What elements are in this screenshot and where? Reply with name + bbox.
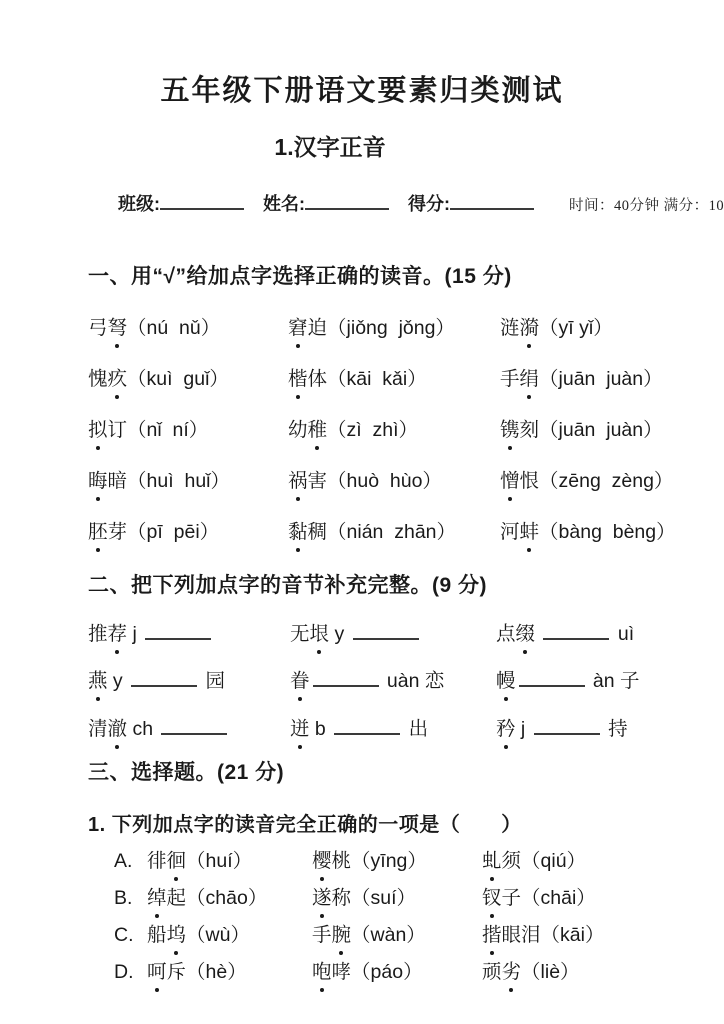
pinyin-word: 咆哮（páo） [312, 959, 482, 985]
dotted-char: 揩 [482, 922, 502, 948]
pinyin-word: 迸 b 出 [290, 715, 496, 742]
word-row: 燕 y 园眷 uàn 恋幔 àn 子 [88, 668, 700, 695]
char: 桃 [332, 848, 352, 874]
char: 体 [308, 366, 328, 392]
option-letter-c: C. [114, 922, 147, 948]
student-info-line: 班级: 姓名: 得分: 时间：40分钟 满分：100分 [0, 190, 724, 216]
char: 河 [500, 519, 520, 545]
char: （kuì guǐ） [127, 366, 229, 392]
char: 刻 [520, 417, 540, 443]
char: B. [114, 885, 132, 911]
char: （wàn） [351, 922, 426, 948]
pinyin-word: 河蚌（bàng bèng） [500, 519, 676, 545]
pinyin-word: 愧疚（kuì guǐ） [88, 366, 288, 392]
word-row: 推荐 j 无垠 y 点缀 uì [88, 620, 700, 647]
word-row: D.呵斥（hè）咆哮（páo）顽劣（liè） [114, 959, 700, 985]
answer-blank[interactable] [131, 668, 197, 688]
answer-blank[interactable] [161, 715, 227, 735]
dotted-char: 漪 [520, 315, 540, 341]
score-input-blank[interactable] [450, 192, 534, 210]
char: 船 [147, 922, 167, 948]
char: y [329, 621, 350, 647]
char: （jiǒng jǒng） [327, 315, 455, 341]
pinyin-word: 手绢（juān juàn） [500, 366, 663, 392]
char: （chāi） [521, 885, 596, 911]
char: uì [612, 621, 634, 647]
dotted-char: 腕 [332, 922, 352, 948]
char: （pī pēi） [127, 519, 219, 545]
pinyin-word: 虬须（qiú） [482, 848, 586, 874]
char: （qiú） [521, 848, 586, 874]
char: 推 [88, 621, 108, 647]
dotted-char: 迸 [290, 716, 310, 742]
dotted-char: 蚌 [520, 519, 540, 545]
option-letter-b: B. [114, 885, 147, 911]
char: （suí） [351, 885, 416, 911]
pinyin-word: 弓弩（nú nǔ） [88, 315, 288, 341]
char: 害 [308, 468, 328, 494]
section-one-heading: 一、用“√”给加点字选择正确的读音。(15 分) [88, 260, 700, 290]
answer-blank[interactable] [519, 668, 585, 688]
dotted-char: 坞 [167, 922, 187, 948]
section-one-word-grid: 弓弩（nú nǔ）窘迫（jiǒng jǒng）涟漪（yī yǐ）愧疚（kuì g… [88, 315, 700, 545]
pinyin-word: 无垠 y [290, 620, 496, 647]
char: （hè） [186, 959, 247, 985]
section-two-word-grid: 推荐 j 无垠 y 点缀 uì燕 y 园眷 uàn 恋幔 àn 子清澈 ch 迸… [88, 620, 700, 742]
option-letter-d: D. [114, 959, 147, 985]
dotted-char: 黏 [288, 519, 308, 545]
score-field: 得分: [408, 194, 534, 214]
char: 清 [88, 716, 108, 742]
dotted-char: 拟 [88, 417, 108, 443]
word-row: 晦暗（huì huǐ）祸害（huò hùo）憎恨（zēng zèng） [88, 468, 700, 494]
dotted-char: 稚 [308, 417, 328, 443]
section-one: 一、用“√”给加点字选择正确的读音。(15 分) 弓弩（nú nǔ）窘迫（jiǒ… [0, 260, 724, 545]
char: （huò hùo） [327, 468, 442, 494]
answer-blank[interactable] [334, 715, 400, 735]
word-row: 愧疚（kuì guǐ）楷体（kāi kǎi）手绢（juān juàn） [88, 366, 700, 392]
page-title: 五年级下册语文要素归类测试 [0, 0, 724, 109]
char: y [108, 668, 129, 694]
pinyin-word: 幔 àn 子 [496, 668, 640, 695]
char: 订 [108, 417, 128, 443]
char: àn 子 [588, 668, 640, 694]
pinyin-word: 晦暗（huì huǐ） [88, 468, 288, 494]
answer-blank[interactable] [534, 715, 600, 735]
char [535, 621, 540, 647]
pinyin-word: 胚芽（pī pēi） [88, 519, 288, 545]
char: uàn 恋 [382, 668, 445, 694]
pinyin-word: 眷 uàn 恋 [290, 668, 496, 695]
pinyin-word: 顽劣（liè） [482, 959, 580, 985]
dotted-char: 咆 [312, 959, 332, 985]
dotted-char: 澈 [108, 716, 128, 742]
char: 须 [502, 848, 522, 874]
char: C. [114, 922, 134, 948]
char: 芽 [108, 519, 128, 545]
class-input-blank[interactable] [160, 192, 244, 210]
dotted-char: 憎 [500, 468, 520, 494]
answer-blank[interactable] [543, 620, 609, 640]
pinyin-word: 清澈 ch [88, 715, 290, 742]
class-field: 班级: [118, 194, 244, 214]
char: 涟 [500, 315, 520, 341]
pinyin-word: 拟订（nǐ ní） [88, 417, 288, 443]
dotted-char: 眷 [290, 668, 310, 694]
section-three-heading: 三、选择题。(21 分) [88, 756, 700, 786]
dotted-char: 劣 [502, 959, 522, 985]
char: （nián zhān） [327, 519, 456, 545]
pinyin-word: 呵斥（hè） [147, 959, 312, 985]
dotted-char: 镌 [500, 417, 520, 443]
word-row: 胚芽（pī pēi）黏稠（nián zhān）河蚌（bàng bèng） [88, 519, 700, 545]
char: （huì huǐ） [127, 468, 230, 494]
char: 迫 [308, 315, 328, 341]
char: j [516, 716, 531, 742]
char: 徘 [147, 848, 167, 874]
char: ch [127, 716, 158, 742]
pinyin-word: 推荐 j [88, 620, 290, 647]
pinyin-word: 手腕（wàn） [312, 922, 482, 948]
char: （bàng bèng） [539, 519, 676, 545]
pinyin-word: 点缀 uì [496, 620, 634, 647]
pinyin-word: 樱桃（yīng） [312, 848, 482, 874]
char: （wù） [186, 922, 250, 948]
page-subtitle: 1.汉字正音 [0, 129, 660, 162]
dotted-char: 钗 [482, 885, 502, 911]
dotted-char: 燕 [88, 668, 108, 694]
pinyin-word: 镌刻（juān juàn） [500, 417, 663, 443]
pinyin-word: 黏稠（nián zhān） [288, 519, 500, 545]
class-label: 班级: [118, 194, 160, 214]
test-paper-page: 五年级下册语文要素归类测试 1.汉字正音 班级: 姓名: 得分: 时间：40分钟… [0, 0, 724, 1024]
char: 斥 [167, 959, 187, 985]
pinyin-word: 矜 j 持 [496, 715, 628, 742]
char: b [310, 716, 332, 742]
char: 顽 [482, 959, 502, 985]
word-row: C.船坞（wù）手腕（wàn）揩眼泪（kāi） [114, 922, 700, 948]
char: 起 [167, 885, 187, 911]
char: 无 [290, 621, 310, 647]
dotted-char: 呵 [147, 959, 167, 985]
dotted-char: 矜 [496, 716, 516, 742]
word-row: 清澈 ch 迸 b 出矜 j 持 [88, 715, 700, 742]
word-row: 拟订（nǐ ní）幼稚（zì zhì）镌刻（juān juàn） [88, 417, 700, 443]
dotted-char: 疚 [108, 366, 128, 392]
char: （yīng） [351, 848, 427, 874]
dotted-char: 绢 [520, 366, 540, 392]
char: 弓 [88, 315, 108, 341]
char: 手 [500, 366, 520, 392]
char: 哮 [332, 959, 352, 985]
pinyin-word: 遂称（suí） [312, 885, 482, 911]
dotted-char: 徊 [167, 848, 187, 874]
char: j [127, 621, 142, 647]
answer-blank[interactable] [145, 620, 211, 640]
char: （páo） [351, 959, 423, 985]
name-field: 姓名: [263, 194, 389, 214]
pinyin-word: 徘徊（huí） [147, 848, 312, 874]
char: （juān juàn） [539, 417, 663, 443]
dotted-char: 绰 [147, 885, 167, 911]
pinyin-word: 船坞（wù） [147, 922, 312, 948]
char: 恨 [520, 468, 540, 494]
char: （zì zhì） [327, 417, 418, 443]
char: 稠 [308, 519, 328, 545]
pinyin-word: 楷体（kāi kǎi） [288, 366, 500, 392]
char: 愧 [88, 366, 108, 392]
pinyin-word: 钗子（chāi） [482, 885, 596, 911]
dotted-char: 荐 [108, 621, 128, 647]
pinyin-word: 憎恨（zēng zèng） [500, 468, 673, 494]
char: （liè） [521, 959, 580, 985]
word-row: B.绰起（chāo）遂称（suí）钗子（chāi） [114, 885, 700, 911]
char: （zēng zèng） [539, 468, 673, 494]
char: （chāo） [186, 885, 267, 911]
dotted-char: 遂 [312, 885, 332, 911]
char: 出 [403, 716, 428, 742]
char: 暗 [108, 468, 128, 494]
dotted-char: 弩 [108, 315, 128, 341]
char: 手 [312, 922, 332, 948]
char: 幼 [288, 417, 308, 443]
char: D. [114, 959, 134, 985]
char: （huí） [186, 848, 252, 874]
char: 持 [603, 716, 628, 742]
dotted-char: 晦 [88, 468, 108, 494]
pinyin-word: 绰起（chāo） [147, 885, 312, 911]
question-1: 1. 下列加点字的读音完全正确的一项是（ ） [88, 808, 700, 837]
char: 园 [200, 668, 225, 694]
pinyin-word: 揩眼泪（kāi） [482, 922, 604, 948]
section-two: 二、把下列加点字的音节补充完整。(9 分) 推荐 j 无垠 y 点缀 uì燕 y… [0, 569, 724, 742]
name-input-blank[interactable] [305, 192, 389, 210]
dotted-char: 虬 [482, 848, 502, 874]
char: 称 [332, 885, 352, 911]
char: （kāi） [541, 922, 605, 948]
name-label: 姓名: [263, 194, 305, 214]
char: （nǐ ní） [127, 417, 208, 443]
dotted-char: 楷 [288, 366, 308, 392]
score-label: 得分: [408, 194, 450, 214]
dotted-char: 幔 [496, 668, 516, 694]
pinyin-word: 燕 y 园 [88, 668, 290, 695]
dotted-char: 窘 [288, 315, 308, 341]
dotted-char: 缀 [516, 621, 536, 647]
answer-blank[interactable] [313, 668, 379, 688]
char: （kāi kǎi） [327, 366, 427, 392]
section-two-heading: 二、把下列加点字的音节补充完整。(9 分) [88, 569, 700, 599]
answer-blank[interactable] [353, 620, 419, 640]
word-row: A.徘徊（huí）樱桃（yīng）虬须（qiú） [114, 848, 700, 874]
pinyin-word: 窘迫（jiǒng jǒng） [288, 315, 500, 341]
pinyin-word: 祸害（huò hùo） [288, 468, 500, 494]
pinyin-word: 幼稚（zì zhì） [288, 417, 500, 443]
dotted-char: 垠 [310, 621, 330, 647]
dotted-char: 祸 [288, 468, 308, 494]
option-letter-a: A. [114, 848, 147, 874]
dotted-char: 樱 [312, 848, 332, 874]
char: A. [114, 848, 132, 874]
char: 眼泪 [502, 922, 541, 948]
word-row: 弓弩（nú nǔ）窘迫（jiǒng jǒng）涟漪（yī yǐ） [88, 315, 700, 341]
section-three: 三、选择题。(21 分) 1. 下列加点字的读音完全正确的一项是（ ） A.徘徊… [0, 756, 724, 985]
dotted-char: 胚 [88, 519, 108, 545]
char: 子 [502, 885, 522, 911]
question-1-options: A.徘徊（huí）樱桃（yīng）虬须（qiú）B.绰起（chāo）遂称（suí… [88, 848, 700, 985]
char: 点 [496, 621, 516, 647]
pinyin-word: 涟漪（yī yǐ） [500, 315, 613, 341]
char: （nú nǔ） [127, 315, 220, 341]
exam-meta: 时间：40分钟 满分：100分 [569, 198, 724, 214]
char: （juān juàn） [539, 366, 663, 392]
char: （yī yǐ） [539, 315, 613, 341]
